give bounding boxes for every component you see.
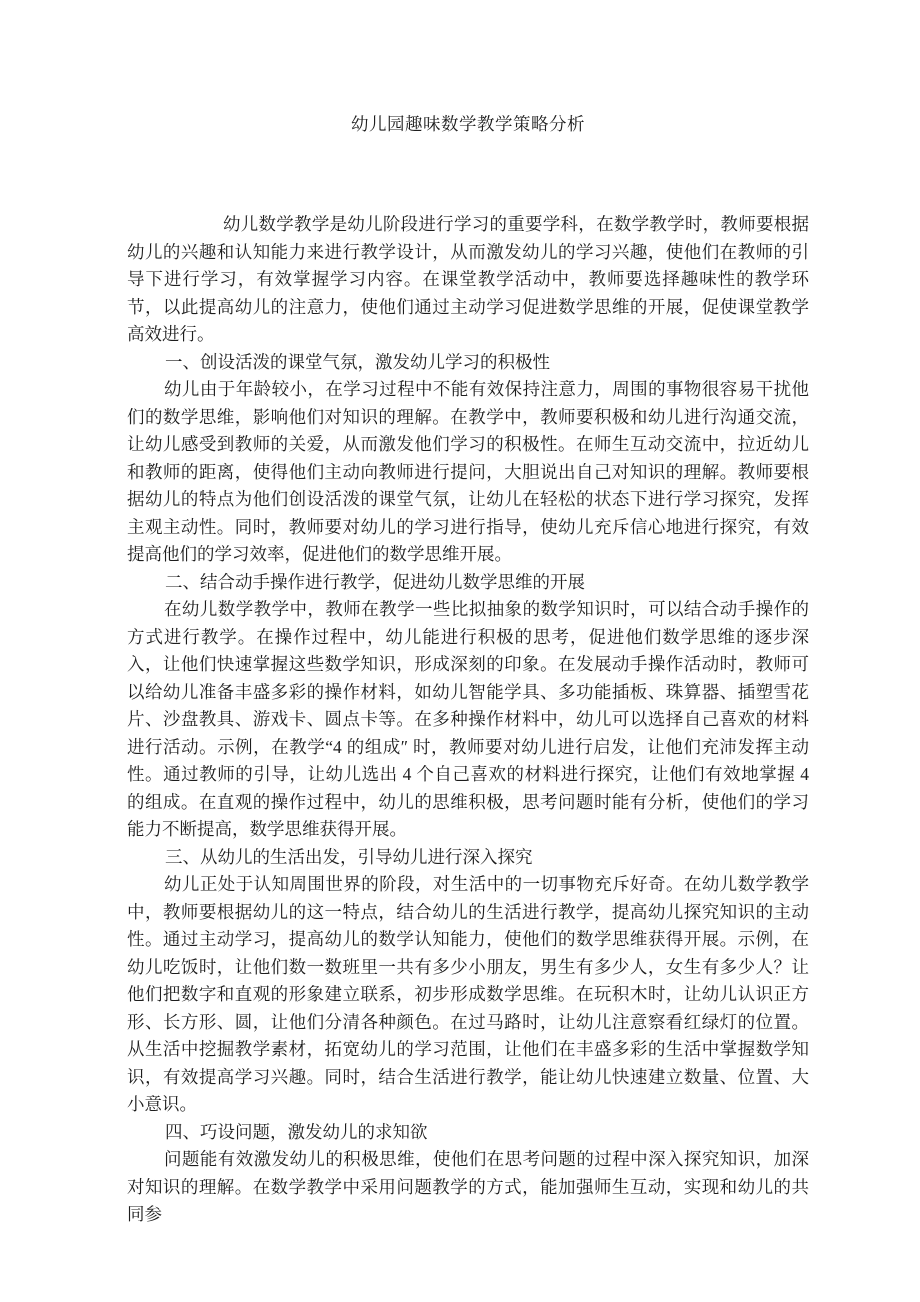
document-page: 幼儿园趣味数学教学策略分析 幼儿数学教学是幼儿阶段进行学习的重要学科，在数学教学…	[0, 0, 920, 1302]
paragraph-section-4: 问题能有效激发幼儿的积极思维，使他们在思考问题的过程中深入探究知识，加深对知识的…	[127, 1146, 809, 1229]
section-heading-4: 四、巧设问题，激发幼儿的求知欲	[127, 1119, 809, 1147]
paragraph-section-3: 幼儿正处于认知周围世界的阶段，对生活中的一切事物充斥好奇。在幼儿数学教学中，教师…	[127, 871, 809, 1119]
document-title: 幼儿园趣味数学教学策略分析	[127, 111, 809, 139]
section-heading-1: 一、创设活泼的课堂气氛，激发幼儿学习的积极性	[127, 349, 809, 377]
paragraph-section-2: 在幼儿数学教学中，教师在教学一些比拟抽象的数学知识时，可以结合动手操作的方式进行…	[127, 596, 809, 844]
section-heading-2: 二、结合动手操作进行教学，促进幼儿数学思维的开展	[127, 569, 809, 597]
document-body: 幼儿数学教学是幼儿阶段进行学习的重要学科，在数学教学时，教师要根据幼儿的兴趣和认…	[127, 211, 809, 1229]
section-heading-3: 三、从幼儿的生活出发，引导幼儿进行深入探究	[127, 844, 809, 872]
paragraph-intro: 幼儿数学教学是幼儿阶段进行学习的重要学科，在数学教学时，教师要根据幼儿的兴趣和认…	[127, 211, 809, 349]
paragraph-section-1: 幼儿由于年龄较小，在学习过程中不能有效保持注意力，周围的事物很容易干扰他们的数学…	[127, 376, 809, 569]
